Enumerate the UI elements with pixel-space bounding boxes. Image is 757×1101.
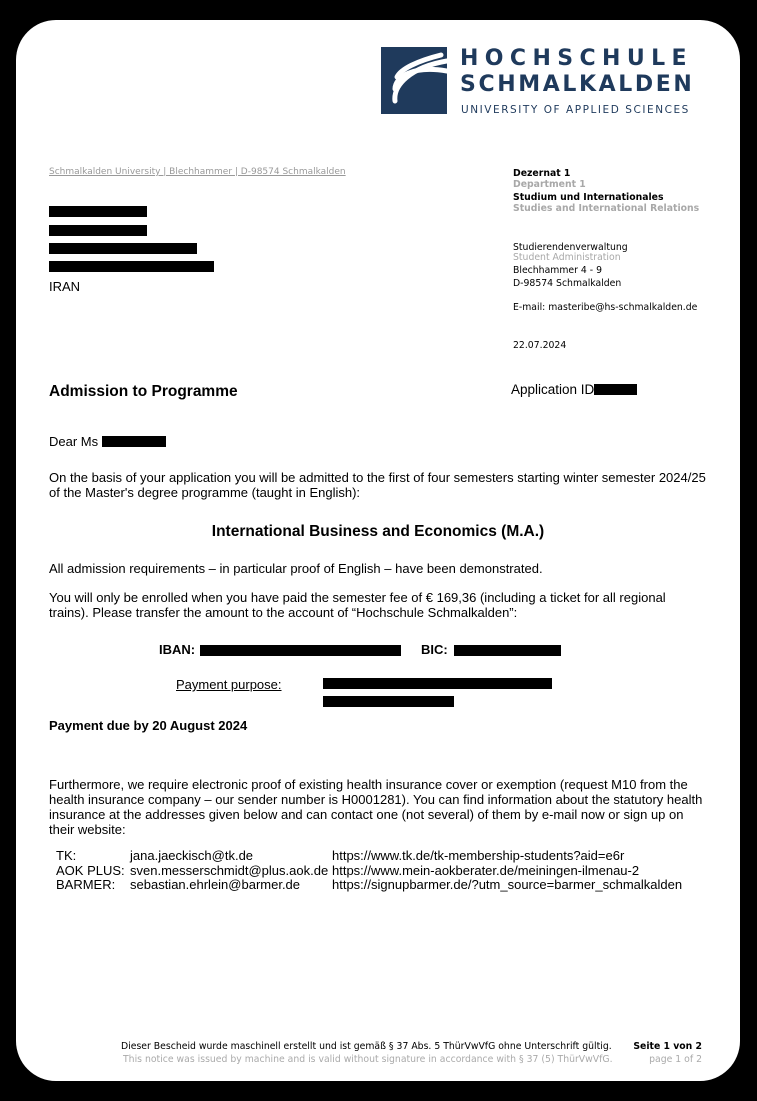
application-id: Application ID: [511, 382, 637, 397]
insurers-table: TK: jana.jaeckisch@tk.de https://www.tk.…: [56, 849, 682, 893]
logo-text-line1: HOCHSCHULE: [460, 46, 693, 71]
redacted-bic: [454, 645, 561, 656]
requirements-paragraph: All admission requirements – in particul…: [49, 561, 709, 576]
redacted-recipient-street: [49, 243, 197, 254]
salutation-text: Dear Ms: [49, 434, 98, 449]
redacted-iban: [200, 645, 401, 656]
division-en: Studies and International Relations: [513, 203, 699, 215]
bic-label: BIC:: [421, 642, 448, 657]
insurer-email: sebastian.ehrlein@barmer.de: [130, 878, 332, 893]
redacted-recipient-surname: [102, 436, 166, 447]
department-en: Department 1: [513, 179, 586, 191]
table-row: TK: jana.jaeckisch@tk.de https://www.tk.…: [56, 849, 682, 864]
letter-title: Admission to Programme: [49, 383, 238, 401]
application-id-label: Application ID: [511, 382, 594, 397]
logo-tagline: UNIVERSITY OF APPLIED SCIENCES: [461, 104, 690, 116]
office-street: Blechhammer 4 - 9: [513, 265, 602, 277]
iban-label: IBAN:: [159, 642, 195, 657]
insurer-name: BARMER:: [56, 878, 130, 893]
letter-page: HOCHSCHULE SCHMALKALDEN UNIVERSITY OF AP…: [16, 20, 740, 1081]
footer-notice-en: This notice was issued by machine and is…: [123, 1054, 613, 1065]
redacted-recipient-name: [49, 206, 147, 217]
page-number-en: page 1 of 2: [649, 1054, 702, 1065]
payment-due: Payment due by 20 August 2024: [49, 718, 247, 733]
salutation: Dear Ms: [49, 434, 709, 449]
office-city: D-98574 Schmalkalden: [513, 278, 621, 290]
insurer-email: sven.messerschmidt@plus.aok.de: [130, 864, 332, 879]
insurer-url: https://signupbarmer.de/?utm_source=barm…: [332, 878, 682, 893]
insurer-url: https://www.tk.de/tk-membership-students…: [332, 849, 682, 864]
payment-purpose-label: Payment purpose:: [176, 677, 282, 692]
programme-name: International Business and Economics (M.…: [16, 523, 740, 541]
redacted-payment-purpose-line2: [323, 696, 454, 707]
insurer-name: AOK PLUS:: [56, 864, 130, 879]
table-row: BARMER: sebastian.ehrlein@barmer.de http…: [56, 878, 682, 893]
redacted-application-id: [594, 384, 637, 395]
redacted-recipient-city: [49, 261, 214, 272]
redacted-recipient-line2: [49, 225, 147, 236]
office-en: Student Administration: [513, 252, 621, 264]
redacted-payment-purpose-line1: [323, 678, 552, 689]
table-row: AOK PLUS: sven.messerschmidt@plus.aok.de…: [56, 864, 682, 879]
insurer-name: TK:: [56, 849, 130, 864]
logo-text-line2: SCHMALKALDEN: [460, 72, 694, 97]
footer-notice-de: Dieser Bescheid wurde maschinell erstell…: [121, 1041, 612, 1052]
page-number-de: Seite 1 von 2: [633, 1041, 702, 1052]
insurer-url: https://www.mein-aokberater.de/meiningen…: [332, 864, 682, 879]
insurer-email: jana.jaeckisch@tk.de: [130, 849, 332, 864]
recipient-country: IRAN: [49, 279, 80, 294]
university-logo-icon: [381, 47, 447, 114]
office-email: E-mail: masteribe@hs-schmalkalden.de: [513, 302, 697, 314]
fee-paragraph: You will only be enrolled when you have …: [49, 590, 709, 620]
letter-date: 22.07.2024: [513, 340, 566, 352]
admission-paragraph: On the basis of your application you wil…: [49, 470, 709, 500]
health-insurance-paragraph: Furthermore, we require electronic proof…: [49, 777, 709, 837]
sender-return-address: Schmalkalden University | Blechhammer | …: [49, 167, 346, 177]
